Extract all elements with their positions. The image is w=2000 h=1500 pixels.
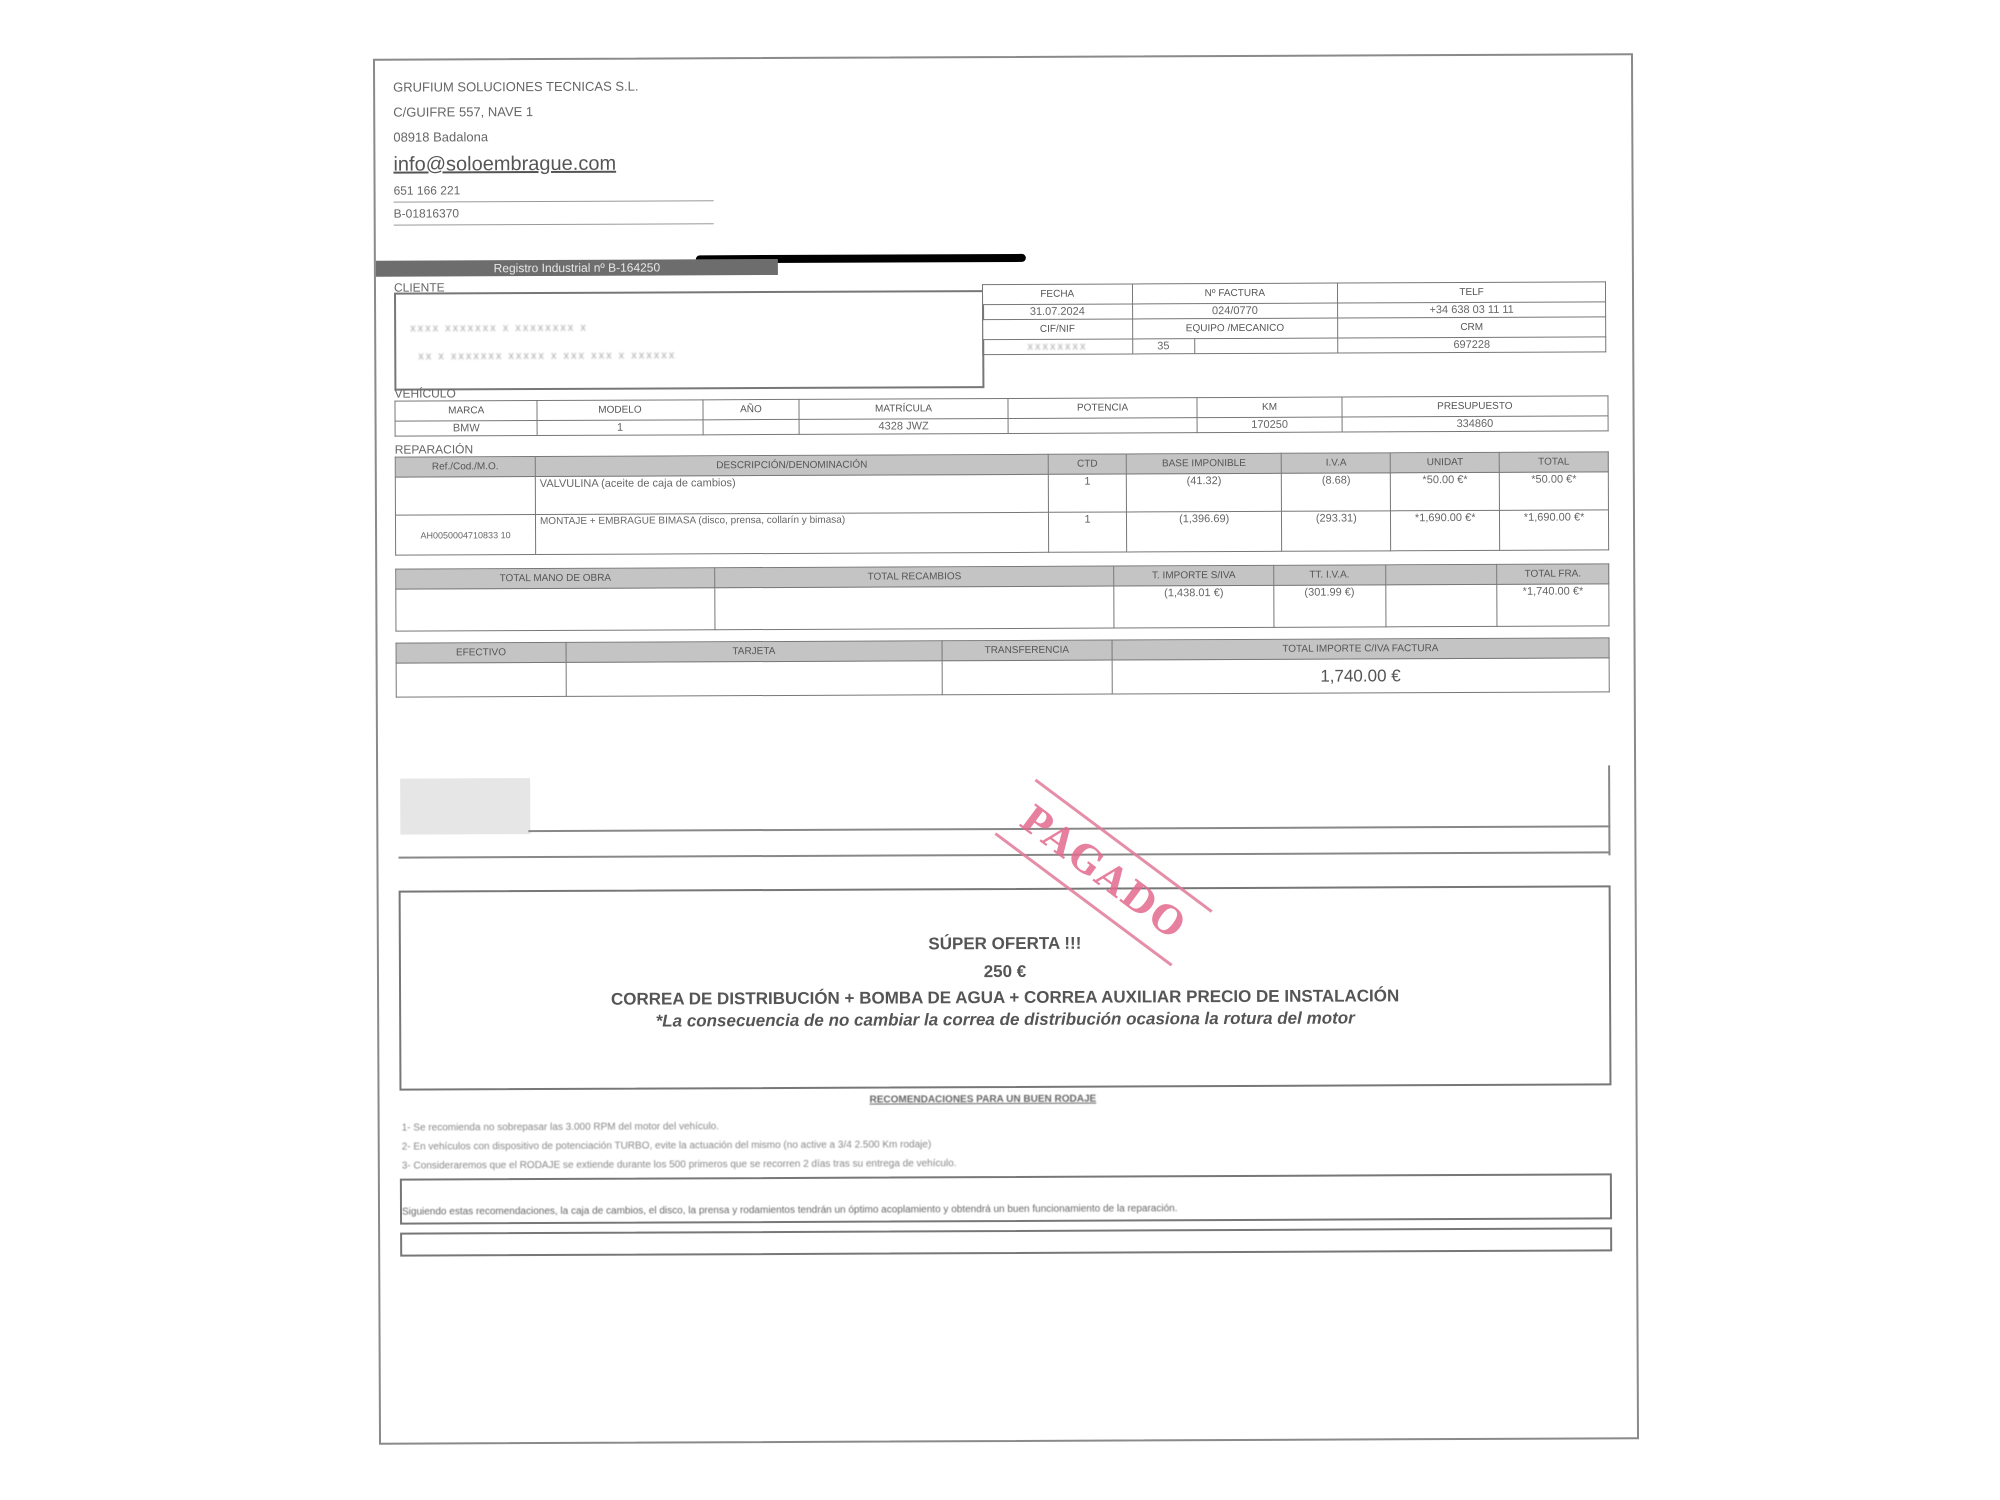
company-name: GRUFIUM SOLUCIONES TECNICAS S.L. <box>393 73 713 99</box>
repair-header: TOTAL <box>1499 452 1608 472</box>
invoice-phone: +34 638 03 11 11 <box>1338 302 1606 318</box>
vehicle-header: POTENCIA <box>1008 398 1198 419</box>
company-phone: 651 166 221 <box>394 178 714 202</box>
client-cif: xxxxxxxx <box>983 339 1133 355</box>
total-parts <box>715 586 1114 630</box>
payment-card <box>566 661 942 697</box>
offer-price: 250 € <box>401 959 1609 984</box>
totals-header: TT. I.V.A. <box>1274 565 1386 585</box>
total-base: (1,438.01 €) <box>1114 585 1274 628</box>
header-crm: CRM <box>1338 317 1606 338</box>
vehicle-table: MARCA MODELO AÑO MATRÍCULA POTENCIA KM P… <box>394 395 1608 436</box>
vehicle-plate: 4328 JWZ <box>799 418 1007 434</box>
recommendations-title: RECOMENDACIONES PARA UN BUEN RODAJE <box>870 1094 1097 1106</box>
repair-table: Ref./Cod./M.O. DESCRIPCIÓN/DENOMINACIÓN … <box>395 451 1609 555</box>
divider <box>398 851 1610 858</box>
offer-items: CORREA DE DISTRIBUCIÓN + BOMBA DE AGUA +… <box>401 985 1609 1010</box>
vehicle-power <box>1008 418 1198 434</box>
vehicle-budget: 334860 <box>1342 416 1608 432</box>
invoice-header-table: FECHA Nº FACTURA TELF 31.07.2024 024/077… <box>982 281 1606 355</box>
payment-cash <box>396 662 566 697</box>
divider <box>1608 765 1610 855</box>
totals-header: TOTAL RECAMBIOS <box>715 566 1114 588</box>
repair-header: BASE IMPONIBLE <box>1126 453 1282 474</box>
crm-number: 697228 <box>1338 337 1606 353</box>
header-equipo: EQUIPO /MECANICO <box>1132 318 1338 339</box>
repair-ref: AH0050004710833 10 <box>395 515 535 556</box>
client-name: xxxx xxxxxxx x xxxxxxxx x <box>410 320 982 334</box>
recommendation-item: 2- En vehículos con dispositivo de poten… <box>402 1135 957 1156</box>
vehicle-year <box>703 419 800 434</box>
repair-iva: (8.68) <box>1282 473 1391 511</box>
footer-box <box>400 1227 1612 1256</box>
repair-label: REPARACIÓN <box>395 442 474 456</box>
vehicle-header: KM <box>1197 397 1341 418</box>
totals-header: T. IMPORTE S/IVA <box>1114 565 1274 586</box>
client-box: xxxx xxxxxxx x xxxxxxxx x xx x xxxxxxx x… <box>394 290 984 391</box>
repair-iva: (293.31) <box>1282 511 1391 551</box>
footer-box <box>400 1173 1612 1224</box>
totals-header: TOTAL FRA. <box>1497 564 1609 584</box>
repair-total: *1,690.00 €* <box>1500 510 1609 550</box>
table-row: VALVULINA (aceite de caja de cambios) 1 … <box>395 472 1608 515</box>
mechanic-name <box>1195 338 1338 354</box>
total-labor <box>396 588 715 631</box>
totals-table: TOTAL MANO DE OBRA TOTAL RECAMBIOS T. IM… <box>395 563 1609 631</box>
repair-qty: 1 <box>1048 474 1126 512</box>
repair-unit: *50.00 €* <box>1391 472 1500 510</box>
repair-desc: MONTAJE + EMBRAGUE BIMASA (disco, prensa… <box>535 512 1048 554</box>
payment-transfer <box>942 660 1112 695</box>
company-cif: B-01816370 <box>394 201 714 225</box>
header-factura: Nº FACTURA <box>1132 283 1338 304</box>
vehicle-model: 1 <box>537 420 702 436</box>
recommendations-list: 1- Se recomienda no sobrepasar las 3.000… <box>402 1116 957 1175</box>
payment-table: EFECTIVO TARJETA TRANSFERENCIA TOTAL IMP… <box>396 637 1610 697</box>
company-info: GRUFIUM SOLUCIONES TECNICAS S.L. C/GUIFR… <box>393 73 714 225</box>
recommendation-item: 3- Consideraremos que el RODAJE se extie… <box>402 1154 957 1175</box>
payment-header: TARJETA <box>566 641 942 663</box>
invoice-number: 024/0770 <box>1132 303 1338 319</box>
vehicle-brand: BMW <box>395 421 537 437</box>
header-fecha: FECHA <box>982 284 1132 305</box>
vehicle-header: MATRÍCULA <box>799 398 1007 419</box>
vehicle-header: PRESUPUESTO <box>1342 396 1608 417</box>
registry-banner: Registro Industrial nº B-164250 <box>376 259 778 277</box>
company-city: 08918 Badalona <box>393 123 713 149</box>
grand-total: 1,740.00 € <box>1112 658 1610 694</box>
vehicle-km: 170250 <box>1197 417 1341 433</box>
repair-unit: *1,690.00 €* <box>1391 510 1500 550</box>
repair-total: *50.00 €* <box>1499 472 1608 510</box>
vehicle-header: MODELO <box>537 400 702 421</box>
vehicle-header: AÑO <box>703 399 800 419</box>
repair-ref <box>395 477 535 516</box>
payment-header: EFECTIVO <box>396 642 566 663</box>
client-address: xx x xxxxxxx xxxxx x xxx xxx x xxxxxx <box>418 348 982 362</box>
total-invoice: *1,740.00 €* <box>1497 584 1609 626</box>
repair-header: Ref./Cod./M.O. <box>395 457 535 478</box>
totals-header <box>1385 564 1497 584</box>
total-iva: (301.99 €) <box>1274 585 1386 627</box>
repair-base: (41.32) <box>1126 473 1282 512</box>
invoice-date: 31.07.2024 <box>983 304 1133 320</box>
company-address: C/GUIFRE 557, NAVE 1 <box>393 98 713 124</box>
offer-title: SÚPER OFERTA !!! <box>401 931 1609 956</box>
repair-base: (1,396.69) <box>1126 511 1282 552</box>
payment-header: TOTAL IMPORTE C/IVA FACTURA <box>1112 638 1609 660</box>
header-telf: TELF <box>1338 282 1606 303</box>
recommendation-item: 1- Se recomienda no sobrepasar las 3.000… <box>402 1116 957 1137</box>
total-empty <box>1385 584 1497 626</box>
repair-header: DESCRIPCIÓN/DENOMINACIÓN <box>535 454 1048 476</box>
mechanic-team: 35 <box>1132 339 1194 354</box>
redacted-signature <box>400 778 530 835</box>
vehicle-header: MARCA <box>395 401 537 422</box>
repair-desc: VALVULINA (aceite de caja de cambios) <box>535 474 1048 514</box>
repair-header: I.V.A <box>1282 453 1391 473</box>
repair-header: UNIDAT <box>1390 452 1499 472</box>
repair-header: CTD <box>1048 454 1126 474</box>
table-row: AH0050004710833 10 MONTAJE + EMBRAGUE BI… <box>395 510 1608 555</box>
offer-note: *La consecuencia de no cambiar la correa… <box>401 1007 1609 1032</box>
vehicle-label: VEHÍCULO <box>394 386 455 400</box>
offer-box: SÚPER OFERTA !!! 250 € CORREA DE DISTRIB… <box>399 885 1612 1090</box>
company-email[interactable]: info@soloembrague.com <box>393 148 713 179</box>
payment-header: TRANSFERENCIA <box>942 640 1112 661</box>
repair-qty: 1 <box>1049 512 1127 552</box>
totals-header: TOTAL MANO DE OBRA <box>396 568 715 589</box>
header-cif: CIF/NIF <box>983 319 1133 340</box>
invoice-page: GRUFIUM SOLUCIONES TECNICAS S.L. C/GUIFR… <box>373 53 1639 1444</box>
